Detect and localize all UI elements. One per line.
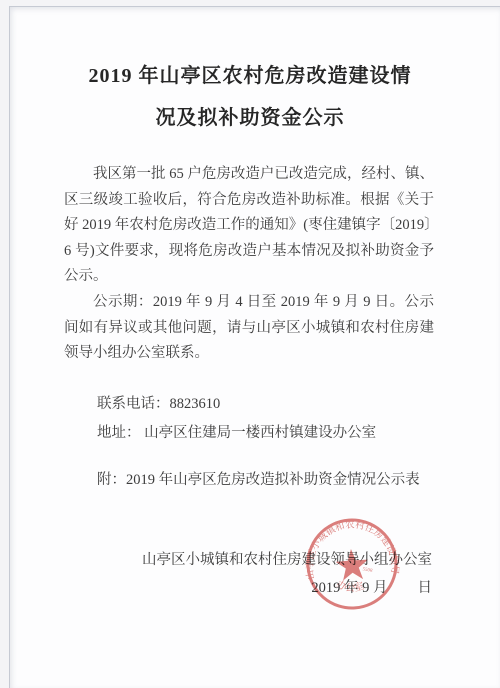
body-line: 公示。 [64,264,434,290]
attachment-note: 附：2019 年山亭区危房改造拟补助资金情况公示表 [97,470,420,490]
contact-phone: 联系电话：8823610 [97,394,220,414]
body-line: 区三级竣工验收后，符合危房改造补助标准。根据《关于做 [64,188,434,214]
body-line: 公示期：2019 年 9 月 4 日至 2019 年 9 月 9 日。公示期 [64,290,434,316]
scanned-page: 2019 年山亭区农村危房改造建设情 况及拟补助资金公示 我区第一批 65 户危… [9,6,500,688]
contact-address: 地址： 山亭区住建局一楼西村镇建设办公室 [97,423,376,443]
body-line: 领导小组办公室联系。 [64,341,434,367]
document-title: 2019 年山亭区农村危房改造建设情 况及拟补助资金公示 [50,55,450,139]
signature-org: 山亭区小城镇和农村住房建设领导小组办公室 [64,548,438,569]
body-line: 好 2019 年农村危房改造工作的通知》(枣住建镇字〔2019〕 [64,213,434,239]
title-line-2: 况及拟补助资金公示 [50,97,450,139]
body-line: 间如有异议或其他问题，请与山亭区小城镇和农村住房建设 [64,316,434,342]
body-line: 6 号)文件要求，现将危房改造户基本情况及拟补助资金予以 [64,239,434,265]
signature-date: 2019 年 9 月日 [64,576,447,597]
date-suffix: 日 [418,580,433,596]
title-line-1: 2019 年山亭区农村危房改造建设情 [50,55,450,97]
date-prefix: 2019 年 9 月 [311,580,387,596]
body-line: 我区第一批 65 户危房改造户已改造完成，经村、镇、 [64,162,434,188]
body-text: 我区第一批 65 户危房改造户已改造完成，经村、镇、 区三级竣工验收后，符合危房… [64,162,434,367]
